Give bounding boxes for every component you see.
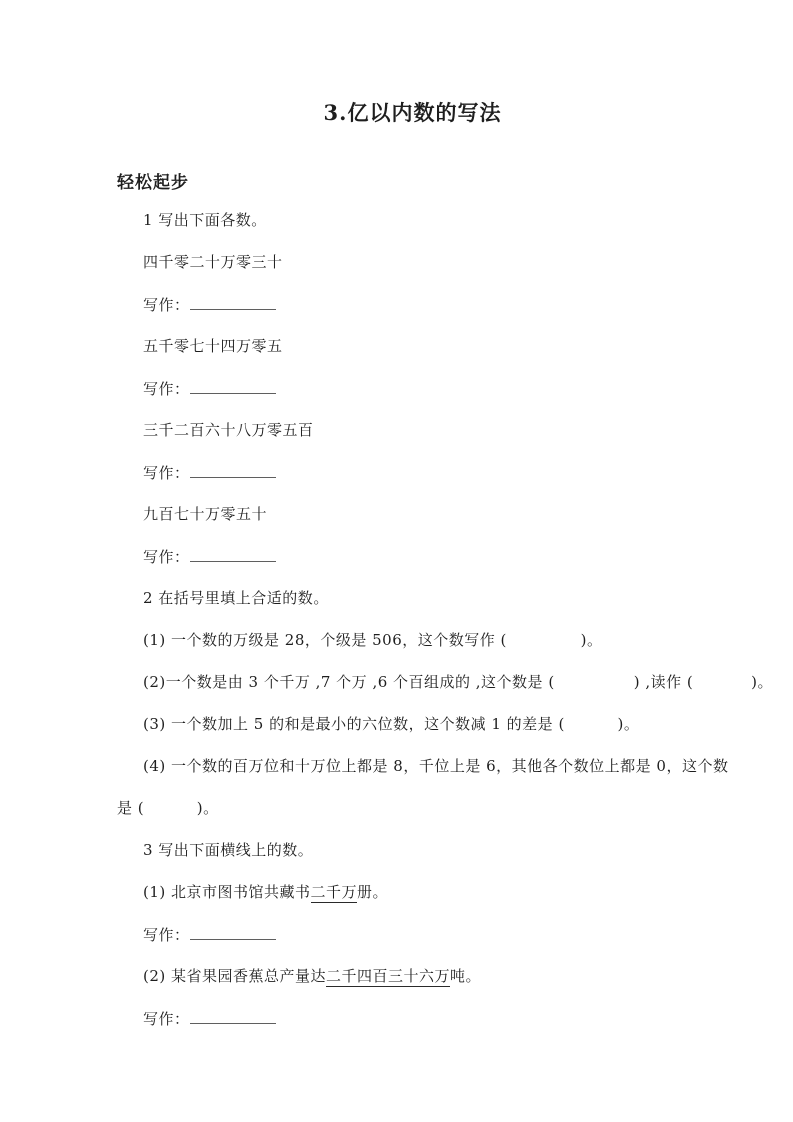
q3-sub-item-2-post: 吨。 (450, 967, 481, 985)
q2-sub-item-1: (1) 一个数的万级是 28，个级是 506，这个数写作 ( )。 (143, 630, 793, 650)
q1-number-word-4: 九百七十万零五十 (143, 504, 793, 524)
q3-sub-item-1-post: 册。 (357, 883, 388, 901)
q2-sub-item-2: (2)一个数是由 3 个千万 ,7 个万 ,6 个百组成的 ,这个数是 ( ) … (143, 672, 793, 692)
write-label: 写作： (143, 380, 190, 398)
q3-sub-item-1-underlined-phrase: 二千万 (311, 883, 358, 903)
write-label: 写作： (143, 548, 190, 566)
q1-number-word-3: 三千二百六十八万零五百 (143, 420, 793, 440)
worksheet-page: 3.亿以内数的写法 轻松起步 1 写出下面各数。 四千零二十万零三十 写作： 五… (0, 0, 793, 1122)
q1-write-line-1: 写作： (143, 294, 793, 314)
q3-sub-item-2-pre: (2) 某省果园香蕉总产量达 (143, 967, 326, 985)
q3-sub-item-2-underlined-phrase: 二千四百三十六万 (326, 967, 450, 987)
q3-write-line-1: 写作： (143, 924, 793, 944)
page-title: 3.亿以内数的写法 (16, 0, 793, 126)
q1-number-word-1: 四千零二十万零三十 (143, 252, 793, 272)
write-label: 写作： (143, 464, 190, 482)
q3-sub-item-1: (1) 北京市图书馆共藏书二千万册。 (143, 882, 793, 902)
q3-sub-item-1-pre: (1) 北京市图书馆共藏书 (143, 883, 311, 901)
worksheet-body: 1 写出下面各数。 四千零二十万零三十 写作： 五千零七十四万零五 写作： 三千… (117, 210, 793, 1028)
answer-blank (190, 294, 276, 310)
write-label: 写作： (143, 1010, 190, 1028)
q1-write-line-2: 写作： (143, 378, 793, 398)
q1-write-line-3: 写作： (143, 462, 793, 482)
question-3-prompt: 3 写出下面横线上的数。 (143, 840, 793, 860)
q2-sub-item-4-line-1: (4) 一个数的百万位和十万位上都是 8，千位上是 6，其他各个数位上都是 0，… (143, 756, 793, 776)
q2-sub-item-4-line-2: 是 ( )。 (117, 798, 793, 818)
q2-sub-item-3: (3) 一个数加上 5 的和是最小的六位数，这个数减 1 的差是 ( )。 (143, 714, 793, 734)
question-1-prompt: 1 写出下面各数。 (143, 210, 793, 230)
answer-blank (190, 924, 276, 940)
answer-blank (190, 1008, 276, 1024)
q1-write-line-4: 写作： (143, 546, 793, 566)
q3-write-line-2: 写作： (143, 1008, 793, 1028)
q3-sub-item-2: (2) 某省果园香蕉总产量达二千四百三十六万吨。 (143, 966, 793, 986)
q1-number-word-2: 五千零七十四万零五 (143, 336, 793, 356)
answer-blank (190, 462, 276, 478)
section-heading: 轻松起步 (117, 172, 793, 194)
write-label: 写作： (143, 926, 190, 944)
answer-blank (190, 546, 276, 562)
question-2-prompt: 2 在括号里填上合适的数。 (143, 588, 793, 608)
write-label: 写作： (143, 296, 190, 314)
answer-blank (190, 378, 276, 394)
